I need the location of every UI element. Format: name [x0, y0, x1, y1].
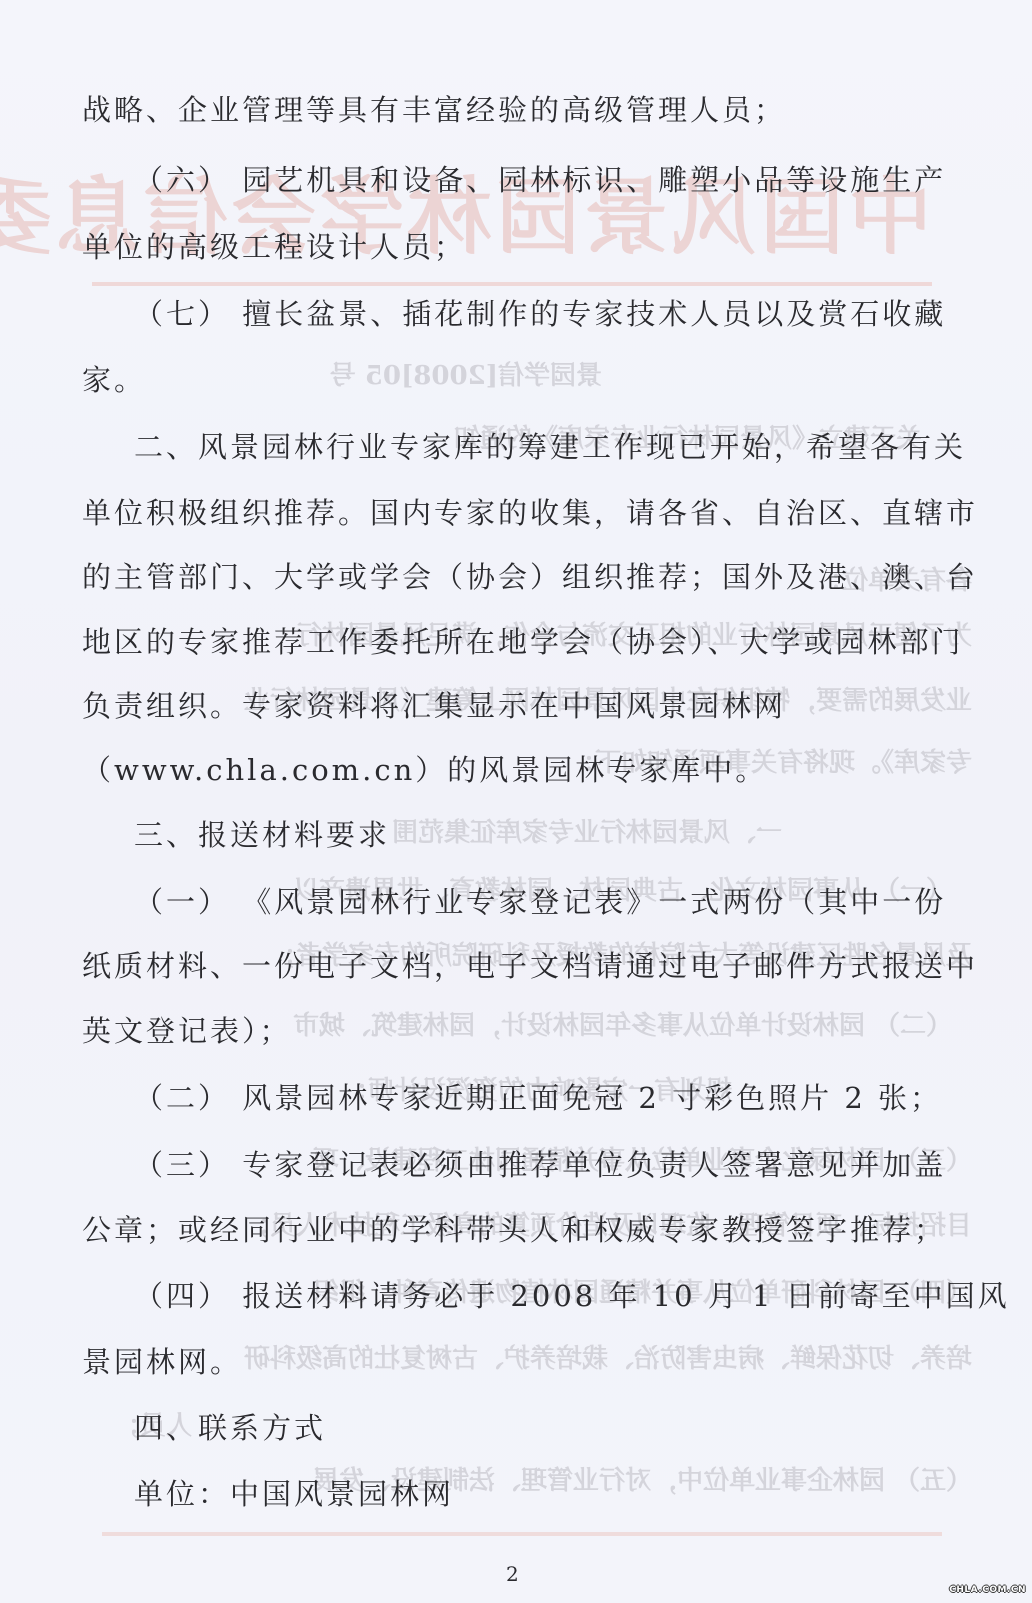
body-text-line: 战略、企业管理等具有丰富经验的高级管理人员；: [82, 90, 786, 130]
body-text-line: （四） 报送材料请务必于 2008 年 10 月 1 日前寄至中国风: [134, 1276, 1010, 1316]
body-text-line: （一） 《风景园林行业专家登记表》一式两份（其中一份: [134, 882, 946, 922]
body-text-line: （二） 风景园林专家近期正面免冠 2 寸彩色照片 2 张；: [134, 1078, 942, 1118]
site-watermark: CHLA.COM.CN: [949, 1585, 1026, 1595]
body-text-line: 负责组织。专家资料将汇集显示在中国风景园林网: [82, 686, 786, 726]
bleed-text-line: 培养、切花保鲜、病虫害防治、栽培养护、古树复壮的高级科研: [244, 1338, 972, 1375]
bleed-text-line: 一、风景园林行业专家库征集范围: [392, 812, 782, 849]
bleed-text-line: 景园学信[2008]05 号: [330, 355, 602, 392]
body-text-line: 地区的专家推荐工作委托所在地学会（协会）、大学或园林部门: [82, 622, 964, 662]
body-text-line: （六） 园艺机具和设备、园林标识、雕塑小品等设施生产: [134, 160, 946, 200]
bleed-footer-rule: [102, 1532, 942, 1536]
body-text-line: 英文登记表）；: [82, 1011, 292, 1051]
body-text-line: 景园林网。: [82, 1342, 242, 1382]
document-page: 中国风景园林学会信息委员会 景园学信[2008]05 号关于建立《风景园林行业专…: [0, 0, 1032, 1603]
body-text-line: （三） 专家登记表必须由推荐单位负责人签署意见并加盖: [134, 1145, 946, 1185]
body-text-line: （www.chla.com.cn）的风景园林专家库中。: [82, 750, 767, 790]
body-text-line: 公章；或经同行业中的学科带头人和权威专家教授签字推荐；: [82, 1210, 946, 1250]
body-text-line: 三、报送材料要求: [134, 815, 390, 855]
body-text-line: （七） 擅长盆景、插花制作的专家技术人员以及赏石收藏: [134, 294, 946, 334]
bleed-letterhead-rule: [92, 282, 932, 286]
body-text-line: 四、联系方式: [134, 1408, 326, 1448]
body-text-line: 二、风景园林行业专家库的筹建工作现已开始，希望各有关: [134, 427, 966, 467]
body-text-line: 家。: [82, 360, 146, 400]
bleed-text-line: （二） 园林设计单位从事多年园林设计，园林建筑、城市: [293, 1005, 952, 1042]
body-text-line: 单位的高级工程设计人员；: [82, 227, 466, 267]
body-text-line: 的主管部门、大学或学会（协会）组织推荐；国外及港、澳、台: [82, 557, 978, 597]
body-text-line: 单位积极组织推荐。国内专家的收集，请各省、自治区、直辖市: [82, 493, 978, 533]
body-text-line: 单位：中国风景园林网: [134, 1474, 454, 1514]
page-number: 2: [506, 1562, 519, 1586]
body-text-line: 纸质材料、一份电子文档，电子文档请通过电子邮件方式报送中: [82, 946, 978, 986]
